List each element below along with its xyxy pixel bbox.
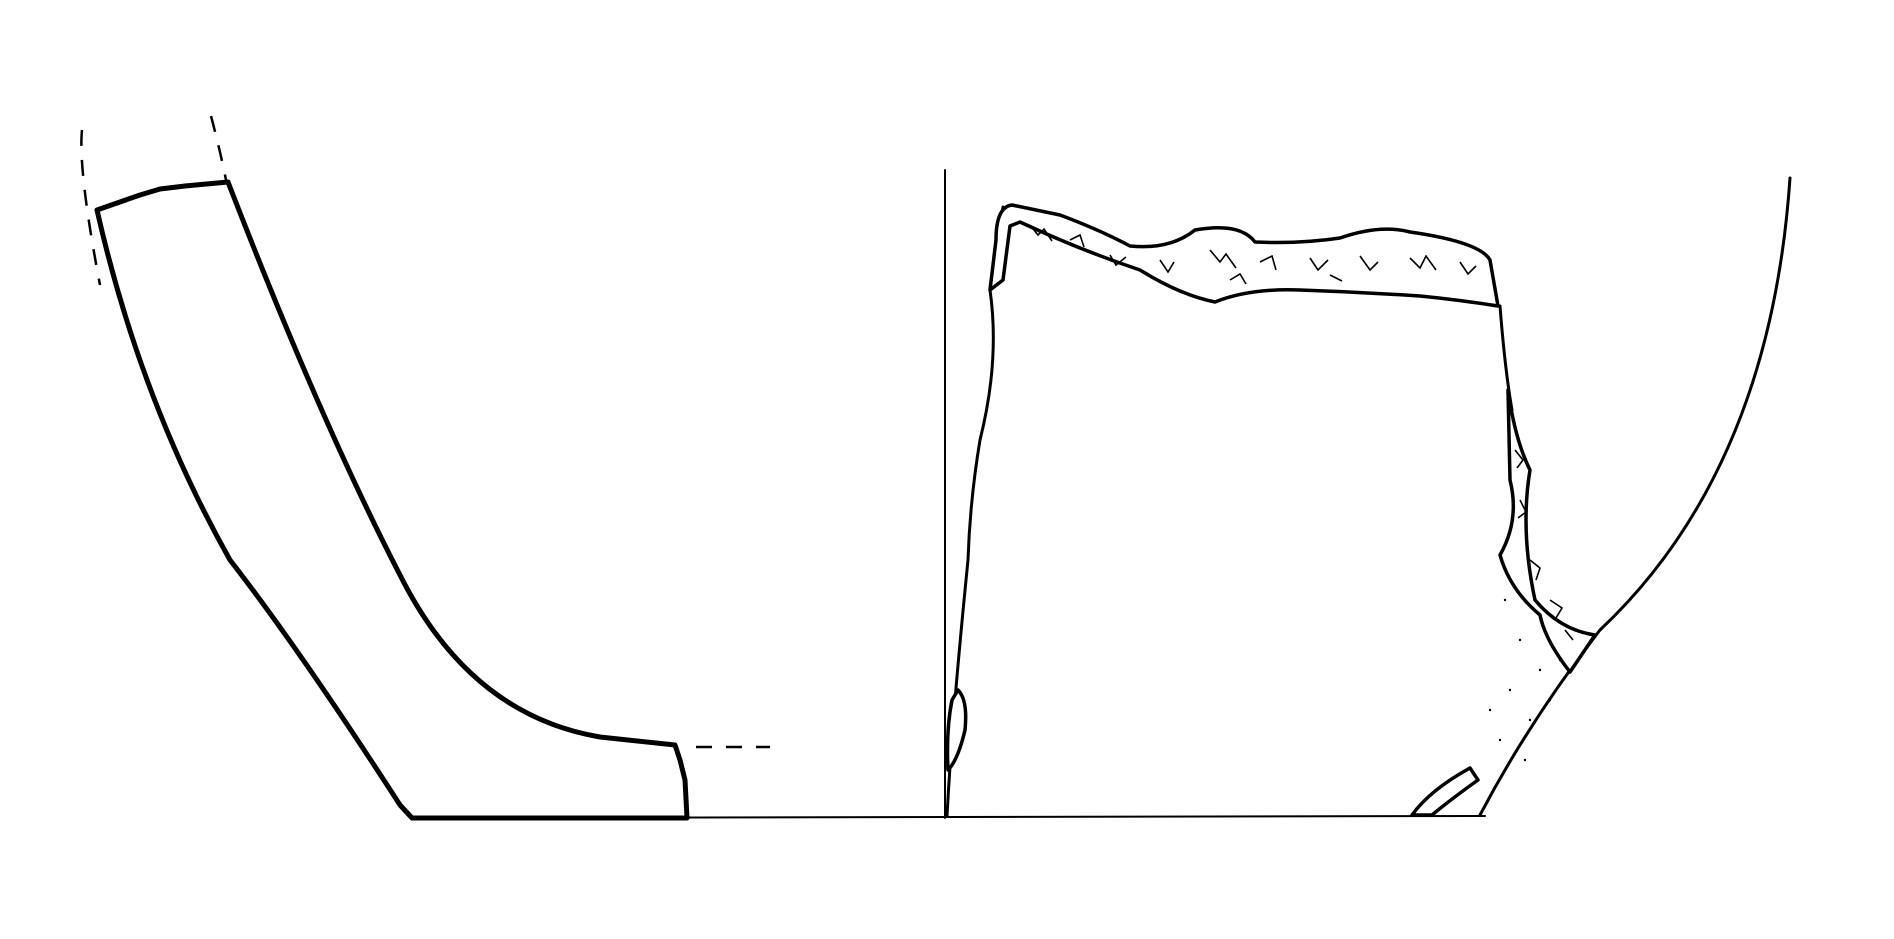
bottom-right-chip bbox=[1412, 768, 1478, 815]
pottery-profile-drawing bbox=[0, 0, 1894, 939]
lower-left-fracture bbox=[948, 690, 966, 770]
right-fracture-band[interactable] bbox=[1500, 390, 1595, 672]
rim-fracture-band[interactable] bbox=[990, 205, 1498, 306]
rim-reconstruction-lines bbox=[81, 116, 226, 285]
wall-section bbox=[97, 182, 687, 818]
